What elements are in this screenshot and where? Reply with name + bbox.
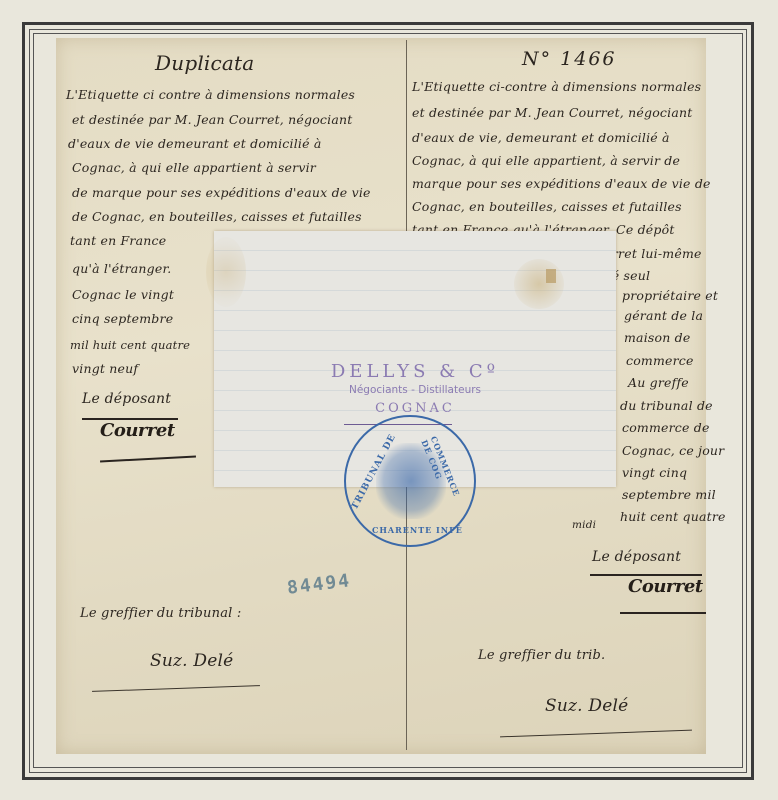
right-depositor-rule-bottom [620, 612, 706, 614]
left-line: qu'à l'étranger. [72, 258, 171, 281]
left-line: tant en France [70, 230, 166, 253]
left-line: de Cognac, en bouteilles, caisses et fut… [72, 206, 362, 229]
margin-line: midi [572, 514, 596, 537]
firm-name: DELLYS & Cº [214, 361, 616, 382]
left-depositor-signature: Courret [100, 420, 175, 441]
margin-line: maison de [624, 327, 690, 350]
registration-number: N° 1466 [522, 48, 617, 71]
left-line: mil huit cent quatre [70, 334, 190, 357]
left-line: d'eaux de vie demeurant et domicilié à [68, 133, 322, 156]
stain [206, 237, 246, 307]
left-line: et destinée par M. Jean Courret, négocia… [72, 109, 352, 132]
right-clerk-signature: Suz. Delé [545, 695, 628, 718]
right-line: et destinée par M. Jean Courret, négocia… [412, 102, 692, 125]
court-seal-stamp: TRIBUNAL DE COMMERCE DE COG CHARENTE INF… [344, 415, 476, 547]
duplicata-title: Duplicata [155, 52, 254, 75]
right-line: Cognac, en bouteilles, caisses et futail… [412, 196, 682, 219]
right-line: d'eaux de vie, demeurant et domicilié à [412, 127, 670, 150]
left-line: vingt neuf [72, 358, 138, 381]
right-line: Cognac, à qui elle appartient, à servir … [412, 150, 680, 173]
left-line: L'Etiquette ci contre à dimensions norma… [66, 84, 355, 107]
margin-line: commerce [626, 350, 694, 373]
stain-mark [546, 269, 556, 283]
margin-line: Au greffe [628, 372, 689, 395]
left-clerk-label: Le greffier du tribunal : [80, 603, 241, 626]
margin-line: vingt cinq [622, 462, 687, 485]
margin-line: Cognac, ce jour [622, 440, 724, 463]
stain [514, 259, 564, 309]
margin-line: du tribunal de [620, 395, 713, 418]
margin-line: gérant de la [624, 305, 703, 328]
left-line: de marque pour ses expéditions d'eaux de… [72, 182, 371, 205]
margin-line: huit cent quatre [620, 506, 726, 529]
left-clerk-signature: Suz. Delé [150, 650, 233, 673]
left-line: cinq septembre [72, 308, 173, 331]
left-line: Cognac, à qui elle appartient à servir [72, 157, 316, 180]
right-depositor-label: Le déposant [592, 546, 681, 569]
firm-city: COGNAC [214, 401, 616, 416]
right-clerk-label: Le greffier du trib. [478, 645, 605, 668]
margin-line: commerce de [622, 417, 710, 440]
margin-line: septembre mil [622, 484, 716, 507]
right-depositor-signature: Courret [628, 576, 703, 597]
left-depositor-label: Le déposant [82, 388, 171, 411]
firm-subtitle: Négociants - Distillateurs [214, 384, 616, 396]
right-line: L'Etiquette ci-contre à dimensions norma… [412, 76, 701, 99]
seal-text-bottom: CHARENTE INFÉ [372, 525, 463, 535]
left-line: Cognac le vingt [72, 284, 174, 307]
right-line: marque pour ses expéditions d'eaux de vi… [412, 173, 711, 196]
